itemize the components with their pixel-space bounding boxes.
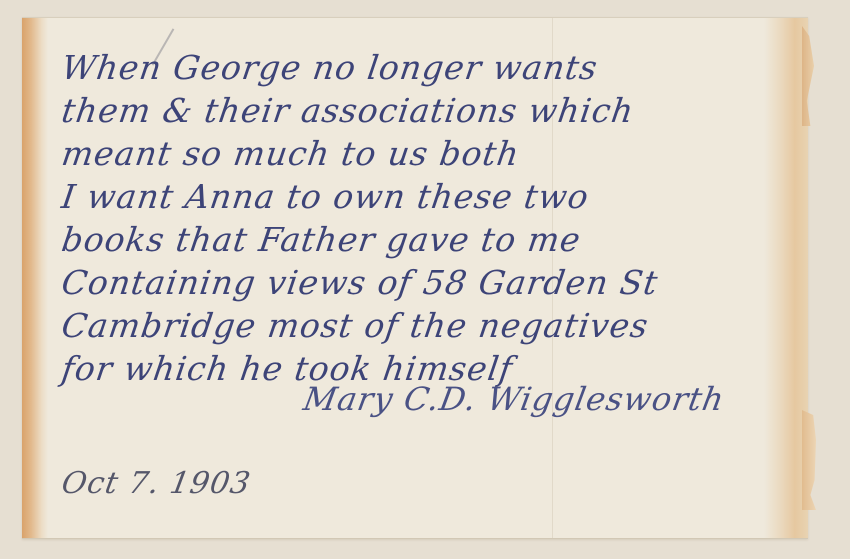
- handwritten-note-paper: When George no longer wants them & their…: [22, 17, 808, 539]
- note-body: When George no longer wants them & their…: [62, 46, 658, 390]
- note-line: I want Anna to own these two: [59, 175, 661, 218]
- note-line: Containing views of 58 Garden St: [59, 261, 661, 304]
- note-line: them & their associations which: [59, 89, 661, 132]
- age-stain-left: [22, 18, 48, 538]
- note-line: meant so much to us both: [59, 132, 661, 175]
- date: Oct 7. 1903: [59, 466, 254, 501]
- torn-edge-top-right: [802, 26, 814, 126]
- note-line: Cambridge most of the negatives: [59, 304, 661, 347]
- note-line: When George no longer wants: [59, 46, 661, 89]
- signature: Mary C.D. Wigglesworth: [301, 380, 728, 418]
- age-stain-right: [764, 18, 808, 538]
- torn-edge-bottom-right: [802, 410, 816, 510]
- note-line: books that Father gave to me: [59, 218, 661, 261]
